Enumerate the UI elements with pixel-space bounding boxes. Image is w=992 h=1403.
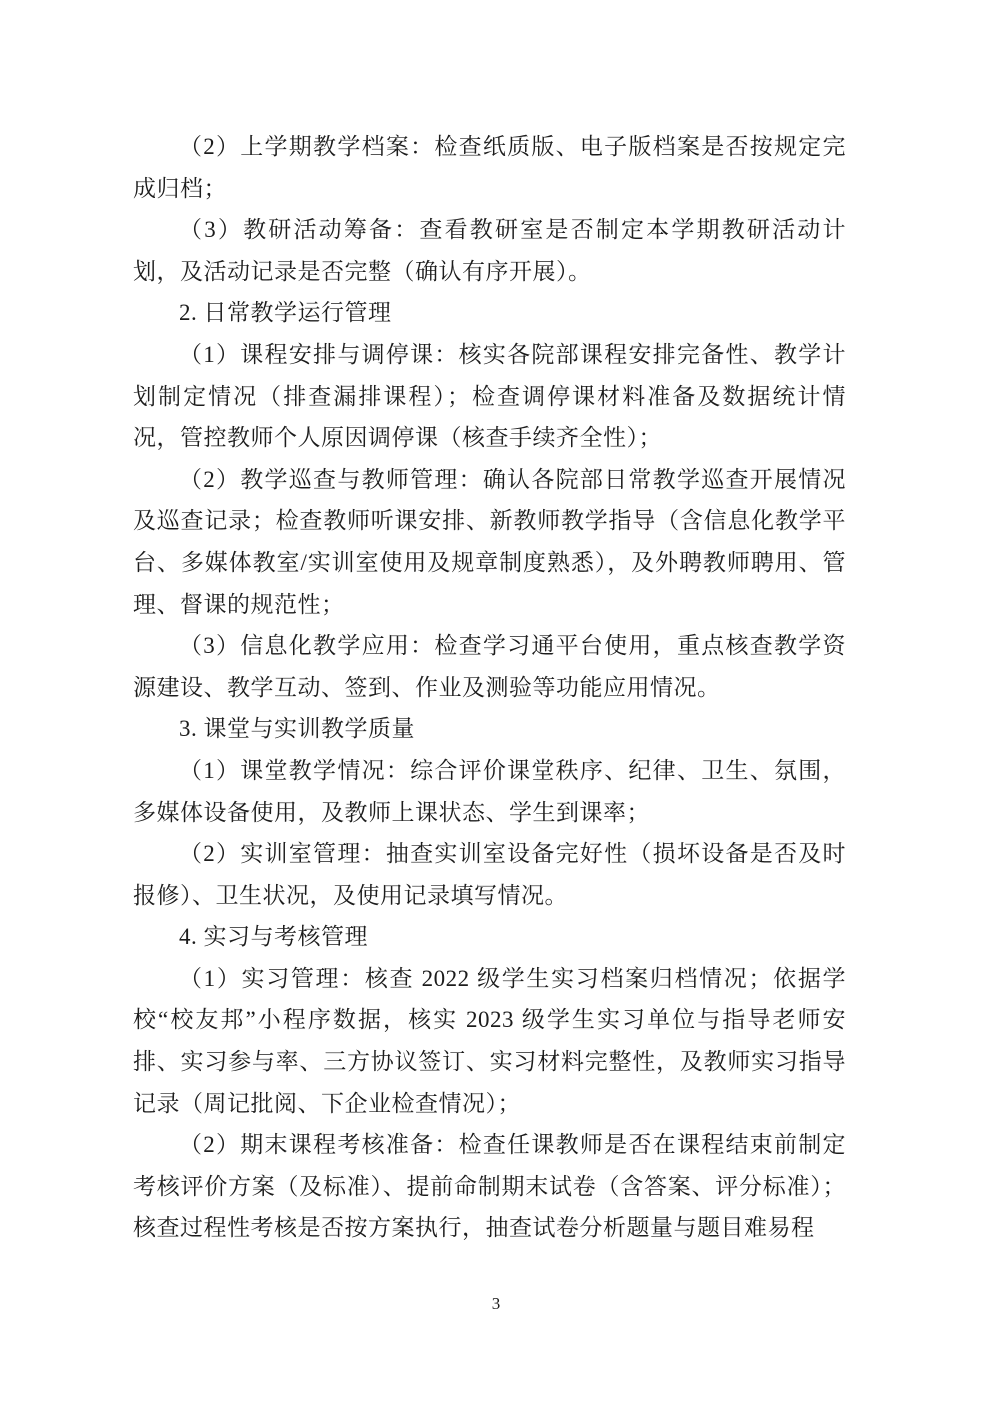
- body-paragraph: （2）实训室管理：抽查实训室设备完好性（损坏设备是否及时报修）、卫生状况，及使用…: [133, 833, 846, 916]
- document-page: （2）上学期教学档案：检查纸质版、电子版档案是否按规定完成归档； （3）教研活动…: [0, 0, 992, 1403]
- section-heading: 4. 实习与考核管理: [133, 916, 846, 958]
- body-paragraph: （2）上学期教学档案：检查纸质版、电子版档案是否按规定完成归档；: [133, 126, 846, 209]
- document-body: （2）上学期教学档案：检查纸质版、电子版档案是否按规定完成归档； （3）教研活动…: [133, 126, 846, 1249]
- section-heading: 2. 日常教学运行管理: [133, 292, 846, 334]
- page-footer: 3: [0, 1294, 992, 1314]
- body-paragraph: （1）课堂教学情况：综合评价课堂秩序、纪律、卫生、氛围，多媒体设备使用，及教师上…: [133, 750, 846, 833]
- body-paragraph: （1）课程安排与调停课：核实各院部课程安排完备性、教学计划制定情况（排查漏排课程…: [133, 334, 846, 459]
- page-number: 3: [492, 1294, 501, 1313]
- body-paragraph: （3）信息化教学应用：检查学习通平台使用，重点核查教学资源建设、教学互动、签到、…: [133, 625, 846, 708]
- body-paragraph: （1）实习管理：核查 2022 级学生实习档案归档情况；依据学校“校友邦”小程序…: [133, 958, 846, 1124]
- body-paragraph: （3）教研活动筹备：查看教研室是否制定本学期教研活动计划，及活动记录是否完整（确…: [133, 209, 846, 292]
- body-paragraph: （2）期末课程考核准备：检查任课教师是否在课程结束前制定考核评价方案（及标准）、…: [133, 1124, 846, 1249]
- body-paragraph: （2）教学巡查与教师管理：确认各院部日常教学巡查开展情况及巡查记录；检查教师听课…: [133, 459, 846, 625]
- section-heading: 3. 课堂与实训教学质量: [133, 708, 846, 750]
